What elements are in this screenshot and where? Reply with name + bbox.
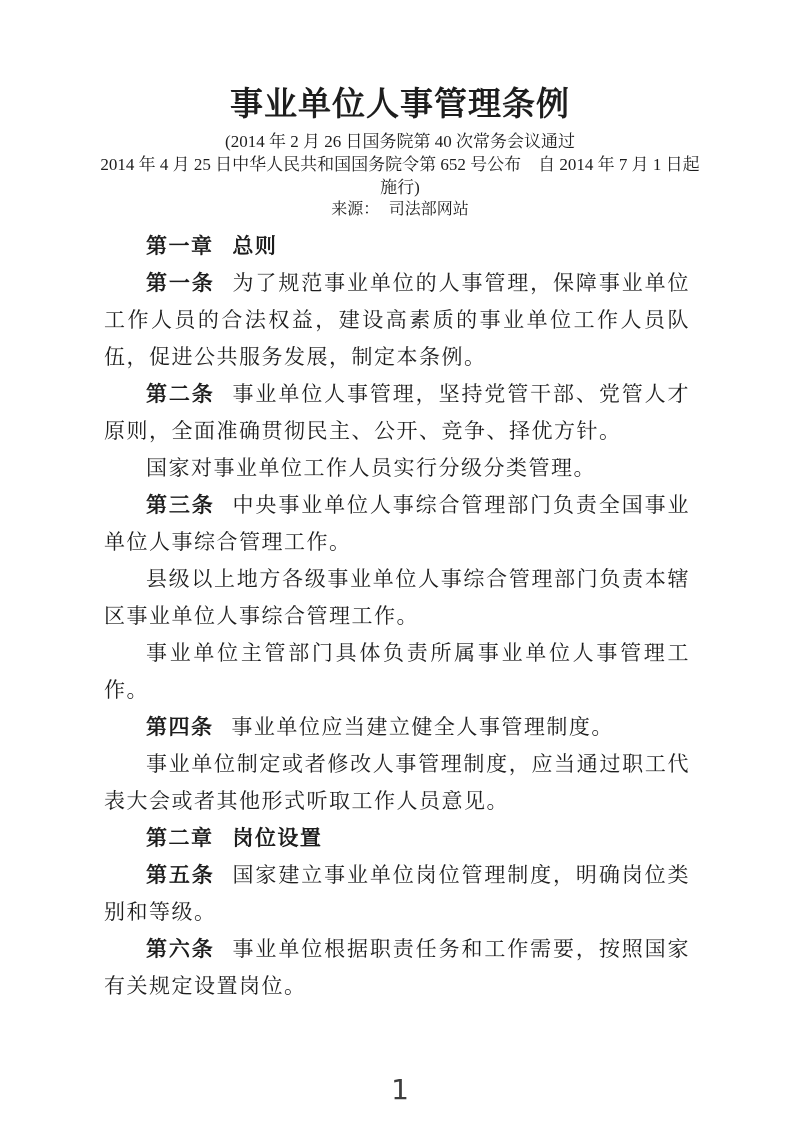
chapter-heading: 第二章岗位设置 [104,820,690,857]
source-label: 来源： [331,201,379,218]
chapter-number: 第二章 [146,826,214,850]
article-paragraph: 第一条为了规范事业单位的人事管理，保障事业单位工作人员的合法权益，建设高素质的事… [104,265,690,376]
source-value: 司法部网站 [389,201,469,218]
subtitle-line: 2014 年 4 月 25 日中华人民共和国国务院令第 652 号公布 自 20… [0,153,800,176]
article-number: 第六条 [146,937,215,961]
paragraph-text: 国家对事业单位工作人员实行分级分类管理。 [146,456,596,480]
article-paragraph: 第三条中央事业单位人事综合管理部门负责全国事业单位人事综合管理工作。 [104,487,690,561]
article-paragraph: 第二条事业单位人事管理，坚持党管干部、党管人才原则，全面准确贯彻民主、公开、竞争… [104,376,690,450]
document-page: 事业单位人事管理条例 (2014 年 2 月 26 日国务院第 40 次常务会议… [0,0,800,1128]
body-paragraph: 事业单位制定或者修改人事管理制度，应当通过职工代表大会或者其他形式听取工作人员意… [104,746,690,820]
body-paragraph: 县级以上地方各级事业单位人事综合管理部门负责本辖区事业单位人事综合管理工作。 [104,561,690,635]
article-number: 第四条 [146,715,214,739]
body-paragraph: 事业单位主管部门具体负责所属事业单位人事管理工作。 [104,635,690,709]
body-paragraph: 国家对事业单位工作人员实行分级分类管理。 [104,450,690,487]
paragraph-text: 事业单位制定或者修改人事管理制度，应当通过职工代表大会或者其他形式听取工作人员意… [104,752,690,813]
paragraph-text: 事业单位主管部门具体负责所属事业单位人事管理工作。 [104,641,690,702]
subtitle-line: (2014 年 2 月 26 日国务院第 40 次常务会议通过 [0,130,800,153]
article-number: 第二条 [146,382,215,406]
paragraph-text: 县级以上地方各级事业单位人事综合管理部门负责本辖区事业单位人事综合管理工作。 [104,567,690,628]
document-subtitle: (2014 年 2 月 26 日国务院第 40 次常务会议通过2014 年 4 … [0,130,800,199]
chapter-heading: 第一章总则 [104,228,690,265]
chapter-title: 总则 [232,234,277,258]
document-body: 第一章总则第一条为了规范事业单位的人事管理，保障事业单位工作人员的合法权益，建设… [104,228,690,1005]
article-number: 第一条 [146,271,215,295]
document-title: 事业单位人事管理条例 [0,0,800,124]
article-paragraph: 第五条国家建立事业单位岗位管理制度，明确岗位类别和等级。 [104,857,690,931]
chapter-title: 岗位设置 [232,826,322,850]
article-paragraph: 第六条事业单位根据职责任务和工作需要，按照国家有关规定设置岗位。 [104,931,690,1005]
article-text: 事业单位应当建立健全人事管理制度。 [231,715,614,739]
article-number: 第三条 [146,493,215,517]
subtitle-line: 施行) [0,176,800,199]
document-source-line: 来源：司法部网站 [0,200,800,220]
article-number: 第五条 [146,863,215,887]
article-paragraph: 第四条事业单位应当建立健全人事管理制度。 [104,709,690,746]
chapter-number: 第一章 [146,234,214,258]
page-number: 1 [0,1073,800,1106]
